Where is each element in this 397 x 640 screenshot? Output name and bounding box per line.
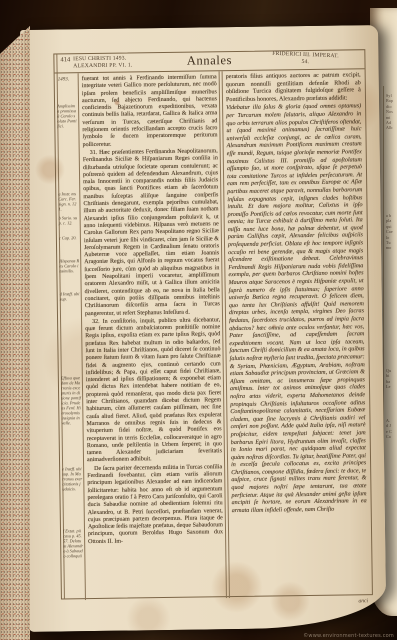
book-page: 414 IESU CHRISTI 1493. ALEXANDRI PP. VI.… xyxy=(20,25,386,632)
margin-note: Effusa quædam de Marranis excepturis in … xyxy=(61,375,82,425)
margin-note: b Surio. sup. c. 12. xyxy=(59,215,79,225)
margin-note: c Cap. 20. xyxy=(59,235,79,240)
margin-note: Hispanus Rex Carolo insimilis. xyxy=(59,258,79,273)
body-paragraph: De ſacra pariter decernenda militia in T… xyxy=(87,464,223,546)
facing-page-text-fragment: Syl Bap dio Nos mi Ad Alb xyxy=(386,93,397,131)
printed-text-frame: 414 IESU CHRISTI 1493. ALEXANDRI PP. VI.… xyxy=(53,49,373,599)
facing-page-text-fragment: a b pla qui Cae lo Tu mo xyxy=(386,213,397,251)
body-paragraph: fuerant tot annis à Ferdinando intermiſſ… xyxy=(82,74,218,149)
catchword: anci xyxy=(328,598,368,605)
oration-quote-paragraph: Videbatur illa ſalus & gloria (quod omne… xyxy=(226,104,367,516)
book-fore-edge xyxy=(0,22,30,640)
right-text-column: peratoris filius antiquos auctores ac pa… xyxy=(223,69,370,598)
margin-note: e Instff. ubi sup. In Marranos exercitat… xyxy=(62,466,82,491)
margin-note: f Extat. pii casu p. 45. 57. Delatum Ale… xyxy=(63,528,83,558)
body-paragraph: peratoris filius antiquos auctores ac pa… xyxy=(226,72,361,104)
body-paragraph: 32. In conſiſtorio, inquit, publico ultr… xyxy=(85,317,222,465)
text-columns: 1493. Amplissima promissa à Carolo solut… xyxy=(55,69,372,600)
photo-of-open-book: { "page_header": { "page_number": "414",… xyxy=(0,0,397,640)
body-paragraph: 31. Hæc præſentientes Ferdinandus Neapol… xyxy=(83,148,220,318)
margin-note: a Instr. ms Carc. Fer. sign. n. 121. xyxy=(58,191,78,211)
margin-year: 1493. xyxy=(58,77,69,82)
margin-note: Amplissima promissa à Carolo soluto Pont… xyxy=(57,103,77,128)
header-column-number: 54. xyxy=(301,59,309,65)
margin-note: d Instff. ubi sup. xyxy=(60,291,80,301)
watermark-text: ©www.environment-textures.com xyxy=(303,633,394,639)
left-text-column: fuerant tot annis à Ferdinando intermiſſ… xyxy=(79,71,226,600)
facing-page-text-fragment: A. d J e C Ca xyxy=(386,418,397,440)
facing-page-text-fragment: Qu bi ba Le xyxy=(386,368,397,390)
